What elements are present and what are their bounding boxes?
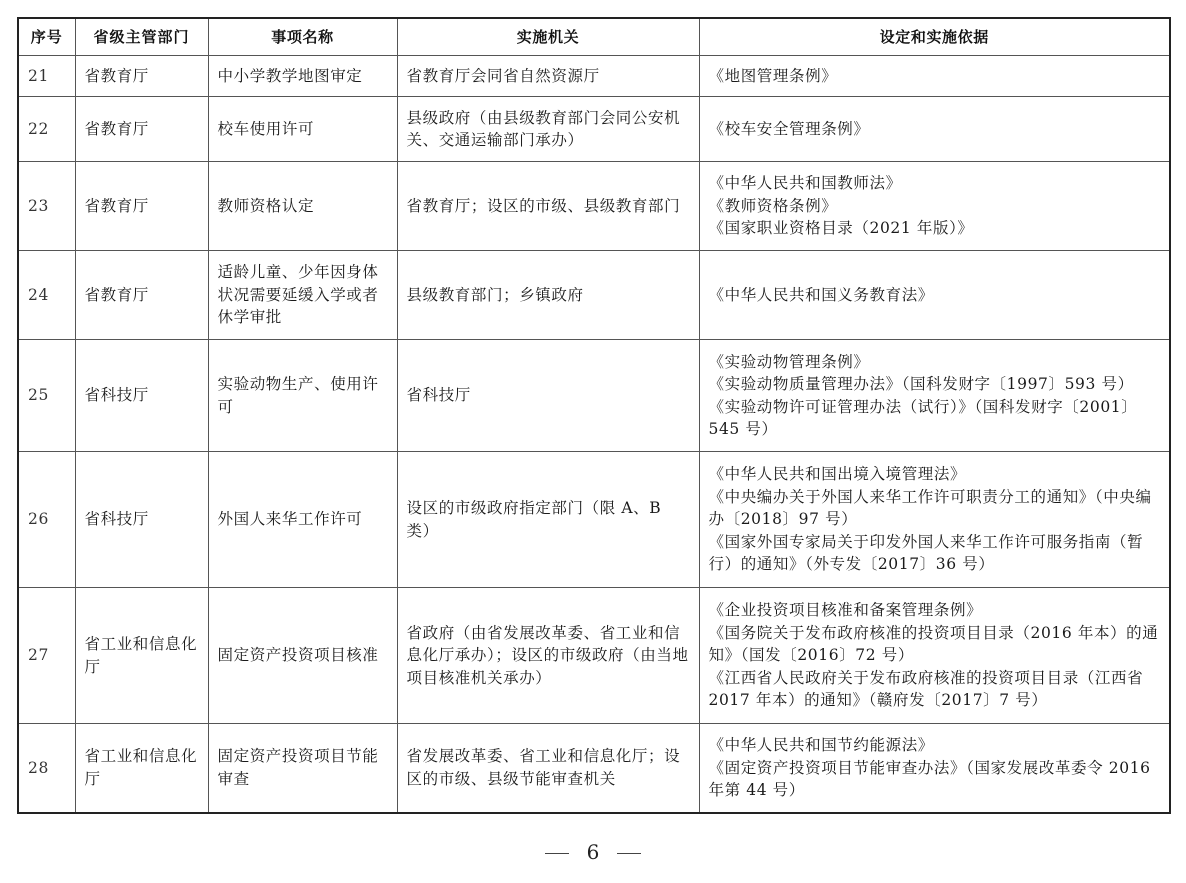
cell-agency: 省科技厅	[397, 340, 699, 452]
cell-dept: 省科技厅	[75, 340, 208, 452]
basis-line: 《中华人民共和国节约能源法》	[709, 734, 1161, 757]
basis-line: 《国家职业资格目录（2021 年版）》	[709, 217, 1161, 240]
cell-item: 外国人来华工作许可	[208, 452, 397, 588]
basis-line: 《中华人民共和国义务教育法》	[709, 284, 1161, 307]
cell-dept: 省教育厅	[75, 251, 208, 340]
table-row: 28 省工业和信息化厅 固定资产投资项目节能审查 省发展改革委、省工业和信息化厅…	[18, 724, 1170, 813]
cell-basis: 《企业投资项目核准和备案管理条例》 《国务院关于发布政府核准的投资项目目录（20…	[699, 588, 1170, 724]
cell-basis: 《中华人民共和国节约能源法》 《固定资产投资项目节能审查办法》（国家发展改革委令…	[699, 724, 1170, 813]
basis-line: 《固定资产投资项目节能审查办法》（国家发展改革委令 2016 年第 44 号）	[709, 757, 1161, 802]
table-header-row: 序号 省级主管部门 事项名称 实施机关 设定和实施依据	[18, 18, 1170, 56]
basis-line: 《国家外国专家局关于印发外国人来华工作许可服务指南（暂行）的通知》（外专发〔20…	[709, 531, 1161, 576]
header-dept: 省级主管部门	[75, 18, 208, 56]
cell-seq: 27	[18, 588, 75, 724]
approval-items-table: 序号 省级主管部门 事项名称 实施机关 设定和实施依据 21 省教育厅 中小学教…	[17, 17, 1171, 814]
basis-line: 《企业投资项目核准和备案管理条例》	[709, 599, 1161, 622]
document-page: 序号 省级主管部门 事项名称 实施机关 设定和实施依据 21 省教育厅 中小学教…	[0, 0, 1186, 883]
cell-dept: 省工业和信息化厅	[75, 724, 208, 813]
basis-line: 《教师资格条例》	[709, 195, 1161, 218]
cell-basis: 《实验动物管理条例》 《实验动物质量管理办法》（国科发财字〔1997〕593 号…	[699, 340, 1170, 452]
table-row: 25 省科技厅 实验动物生产、使用许可 省科技厅 《实验动物管理条例》 《实验动…	[18, 340, 1170, 452]
basis-line: 《中央编办关于外国人来华工作许可职责分工的通知》（中央编办〔2018〕97 号）	[709, 486, 1161, 531]
cell-agency: 省政府（由省发展改革委、省工业和信息化厅承办）；设区的市级政府（由当地项目核准机…	[397, 588, 699, 724]
cell-seq: 25	[18, 340, 75, 452]
basis-line: 《校车安全管理条例》	[709, 118, 1161, 141]
cell-basis: 《中华人民共和国教师法》 《教师资格条例》 《国家职业资格目录（2021 年版）…	[699, 162, 1170, 251]
cell-seq: 22	[18, 97, 75, 162]
cell-item: 中小学教学地图审定	[208, 56, 397, 97]
header-agency: 实施机关	[397, 18, 699, 56]
cell-item: 实验动物生产、使用许可	[208, 340, 397, 452]
cell-seq: 26	[18, 452, 75, 588]
cell-basis: 《中华人民共和国义务教育法》	[699, 251, 1170, 340]
basis-line: 《地图管理条例》	[709, 65, 1161, 88]
table-row: 26 省科技厅 外国人来华工作许可 设区的市级政府指定部门（限 A、B 类） 《…	[18, 452, 1170, 588]
page-footer: 6	[0, 840, 1186, 864]
cell-agency: 省发展改革委、省工业和信息化厅；设区的市级、县级节能审查机关	[397, 724, 699, 813]
basis-line: 《江西省人民政府关于发布政府核准的投资项目目录（江西省 2017 年本）的通知》…	[709, 667, 1161, 712]
basis-line: 《实验动物质量管理办法》（国科发财字〔1997〕593 号）	[709, 373, 1161, 396]
footer-dash-left	[545, 853, 569, 854]
header-seq: 序号	[18, 18, 75, 56]
basis-line: 《中华人民共和国出境入境管理法》	[709, 463, 1161, 486]
cell-item: 校车使用许可	[208, 97, 397, 162]
cell-agency: 省教育厅会同省自然资源厅	[397, 56, 699, 97]
cell-dept: 省工业和信息化厅	[75, 588, 208, 724]
cell-basis: 《校车安全管理条例》	[699, 97, 1170, 162]
cell-seq: 21	[18, 56, 75, 97]
table-row: 22 省教育厅 校车使用许可 县级政府（由县级教育部门会同公安机关、交通运输部门…	[18, 97, 1170, 162]
basis-line: 《实验动物许可证管理办法（试行）》（国科发财字〔2001〕545 号）	[709, 396, 1161, 441]
header-basis: 设定和实施依据	[699, 18, 1170, 56]
cell-item: 适龄儿童、少年因身体状况需要延缓入学或者休学审批	[208, 251, 397, 340]
cell-dept: 省教育厅	[75, 97, 208, 162]
cell-agency: 省教育厅；设区的市级、县级教育部门	[397, 162, 699, 251]
cell-item: 固定资产投资项目核准	[208, 588, 397, 724]
cell-item: 固定资产投资项目节能审查	[208, 724, 397, 813]
footer-dash-right	[617, 853, 641, 854]
cell-seq: 24	[18, 251, 75, 340]
cell-agency: 县级政府（由县级教育部门会同公安机关、交通运输部门承办）	[397, 97, 699, 162]
table-row: 24 省教育厅 适龄儿童、少年因身体状况需要延缓入学或者休学审批 县级教育部门；…	[18, 251, 1170, 340]
cell-basis: 《中华人民共和国出境入境管理法》 《中央编办关于外国人来华工作许可职责分工的通知…	[699, 452, 1170, 588]
cell-dept: 省教育厅	[75, 162, 208, 251]
cell-seq: 28	[18, 724, 75, 813]
page-number: 6	[587, 840, 600, 864]
basis-line: 《中华人民共和国教师法》	[709, 172, 1161, 195]
table-row: 21 省教育厅 中小学教学地图审定 省教育厅会同省自然资源厅 《地图管理条例》	[18, 56, 1170, 97]
cell-item: 教师资格认定	[208, 162, 397, 251]
cell-agency: 设区的市级政府指定部门（限 A、B 类）	[397, 452, 699, 588]
cell-agency: 县级教育部门；乡镇政府	[397, 251, 699, 340]
basis-line: 《实验动物管理条例》	[709, 351, 1161, 374]
cell-dept: 省教育厅	[75, 56, 208, 97]
header-item: 事项名称	[208, 18, 397, 56]
table-row: 27 省工业和信息化厅 固定资产投资项目核准 省政府（由省发展改革委、省工业和信…	[18, 588, 1170, 724]
cell-basis: 《地图管理条例》	[699, 56, 1170, 97]
cell-dept: 省科技厅	[75, 452, 208, 588]
basis-line: 《国务院关于发布政府核准的投资项目目录（2016 年本）的通知》（国发〔2016…	[709, 622, 1161, 667]
table-row: 23 省教育厅 教师资格认定 省教育厅；设区的市级、县级教育部门 《中华人民共和…	[18, 162, 1170, 251]
cell-seq: 23	[18, 162, 75, 251]
